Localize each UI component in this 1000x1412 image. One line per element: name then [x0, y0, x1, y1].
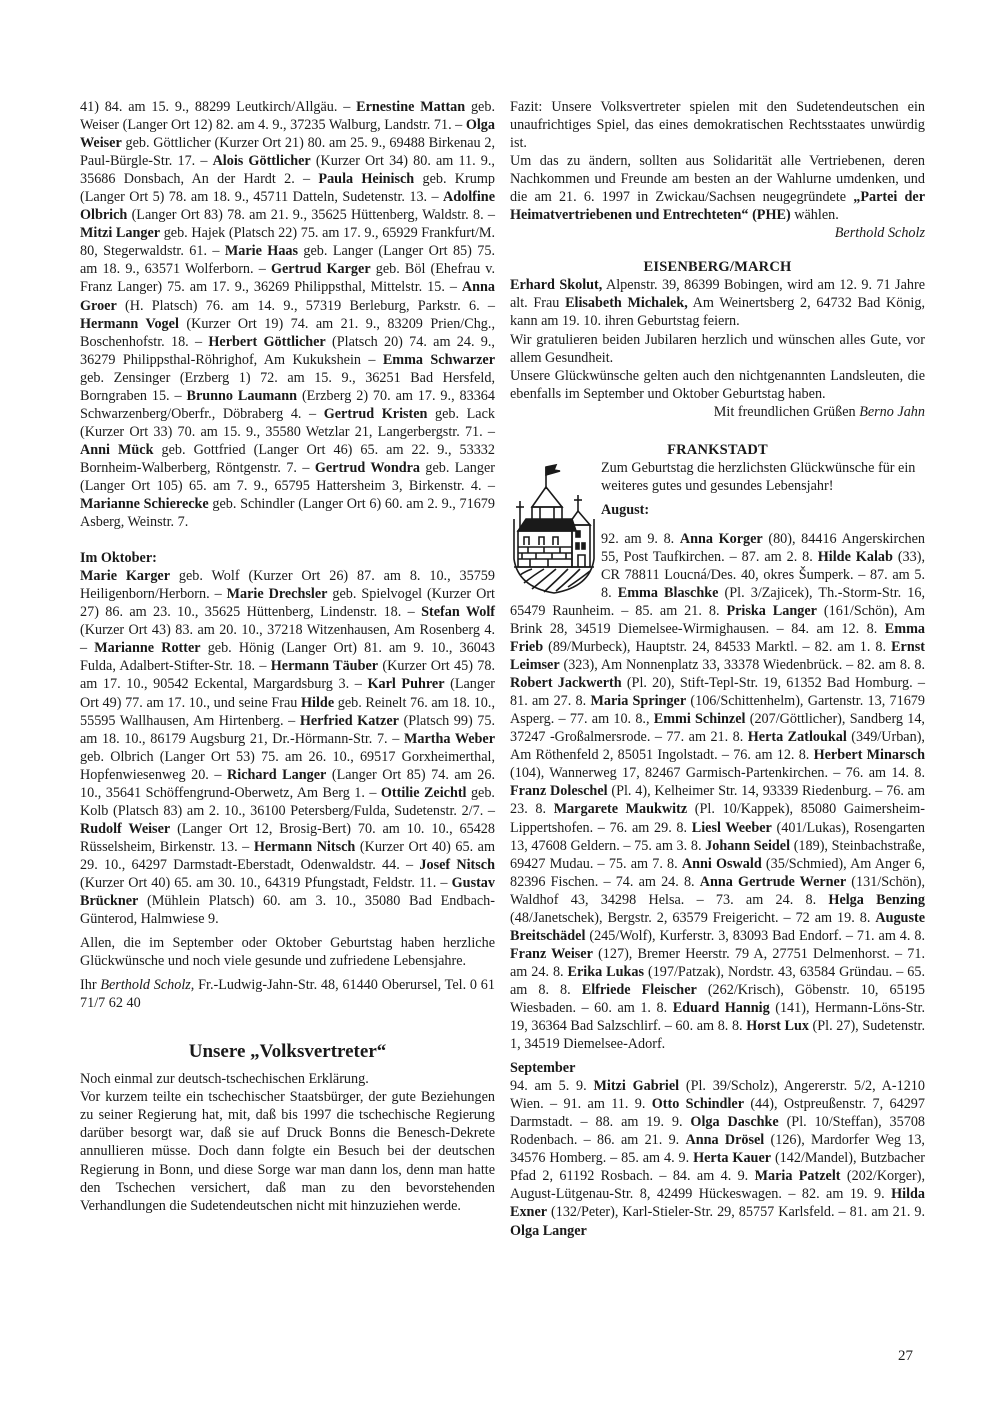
person-name: Horst Lux [746, 1018, 809, 1034]
person-name: Marianne Rotter [94, 640, 200, 656]
person-name: Maria Patzelt [755, 1168, 841, 1184]
person-name: Ernst Leimser [510, 639, 925, 673]
closing-greeting: Allen, die im September oder Oktober Geb… [80, 934, 495, 970]
eisenberg-entries: Erhard Skolut, Alpenstr. 39, 86399 Bobin… [510, 276, 925, 330]
person-name: Adolfine Olbrich [80, 189, 495, 223]
section-heading-eisenberg: EISENBERG/MARCH [510, 258, 925, 276]
person-name: Helga Benzing [828, 892, 925, 908]
person-name: Liesl Weeber [692, 820, 772, 836]
person-name: Mitzi Gabriel [594, 1078, 680, 1094]
person-name: Herta Zatloukal [748, 729, 847, 745]
person-name: Elfriede Fleischer [582, 982, 697, 998]
person-name: Richard Langer [227, 767, 326, 783]
person-name: Hilde [301, 695, 334, 711]
october-birthday-list: Marie Karger geb. Wolf (Kurzer Ort 26) 8… [80, 567, 495, 928]
person-name: Otto Schindler [652, 1096, 744, 1112]
person-name: Emma Blaschke [618, 585, 719, 601]
person-name: Marie Karger [80, 568, 170, 584]
person-name: Anni Oswald [682, 856, 762, 872]
person-name: Anna Gertrude Werner [700, 874, 846, 890]
signature-block: Ihr Berthold Scholz, Fr.-Ludwig-Jahn-Str… [80, 976, 495, 1012]
article-intro: Noch einmal zur deutsch-tschechischen Er… [80, 1070, 495, 1088]
person-name: Anna Groer [80, 279, 495, 313]
september-birthday-list: 94. am 5. 9. Mitzi Gabriel (Pl. 39/Schol… [510, 1077, 925, 1239]
article-author: Berthold Scholz [835, 225, 925, 241]
person-name: Olga Weiser [80, 117, 495, 151]
person-name: Josef Nitsch [419, 857, 495, 873]
person-name: Herta Kauer [693, 1150, 771, 1166]
person-name: Ernestine Mattan [356, 99, 465, 115]
person-name: Ottilie Zeichtl [381, 785, 467, 801]
signature-name: Berthold Scholz, [100, 977, 194, 993]
october-heading: Im Oktober: [80, 549, 495, 567]
person-name: Olga Langer [510, 1223, 587, 1239]
person-name: Auguste Breitschädel [510, 910, 925, 944]
eisenberg-signature: Berno Jahn [859, 404, 925, 420]
article-body: Vor kurzem teilte ein tschechischer Staa… [80, 1088, 495, 1214]
person-name: Gertrud Karger [271, 261, 371, 277]
person-name: Brunno Laumann [187, 388, 298, 404]
august-heading: August: [601, 501, 925, 519]
article-fazit: Fazit: Unsere Volksvertreter spielen mit… [510, 98, 925, 152]
right-column: Fazit: Unsere Volksvertreter spielen mit… [510, 98, 925, 1240]
person-name: Maria Springer [590, 693, 686, 709]
person-name: Anni Mück [80, 442, 153, 458]
person-name: Herbert Göttlicher [208, 334, 325, 350]
person-name: Marianne Schierecke [80, 496, 209, 512]
frankstadt-greeting: Zum Geburtstag die herzlichsten Glückwün… [601, 459, 925, 495]
person-name: Alois Göttlicher [213, 153, 311, 169]
person-name: Gertrud Wondra [315, 460, 420, 476]
august-birthday-list: 92. am 9. 8. Anna Korger (80), 84416 Ang… [510, 530, 925, 1053]
left-column: 41) 84. am 15. 9., 88299 Leutkirch/Allgä… [80, 98, 495, 1215]
person-name: Gertrud Kristen [324, 406, 428, 422]
eisenberg-also: Unsere Glückwünsche gelten auch den nich… [510, 367, 925, 403]
september-heading: September [510, 1059, 925, 1077]
person-name: Erhard Skolut, [510, 277, 602, 293]
person-name: Johann Seidel [705, 838, 790, 854]
person-name: Herbert Minarsch [814, 747, 925, 763]
person-name: Hermann Vogel [80, 316, 179, 332]
person-name: Robert Jackwerth [510, 675, 622, 691]
person-name: Mitzi Langer [80, 225, 160, 241]
article-call-to-action: Um das zu ändern, sollten aus Solidaritä… [510, 152, 925, 224]
section-heading-frankstadt: FRANKSTADT [510, 441, 925, 459]
person-name: Gustav Brückner [80, 875, 495, 909]
person-name: Marie Drechsler [227, 586, 328, 602]
castle-coat-of-arms-icon [510, 459, 598, 594]
person-name: Eduard Hannig [673, 1000, 770, 1016]
person-name: Franz Weiser [510, 946, 593, 962]
person-name: Emma Frieb [510, 621, 925, 655]
person-name: Hermann Nitsch [254, 839, 355, 855]
person-name: Karl Puhrer [367, 676, 444, 692]
person-name: Anna Korger [680, 531, 763, 547]
person-name: Elisabeth Michalek, [565, 295, 688, 311]
person-name: Priska Langer [726, 603, 817, 619]
person-name: Hilda Exner [510, 1186, 925, 1220]
person-name: Franz Doleschel [510, 783, 608, 799]
person-name: Paula Heinisch [318, 171, 414, 187]
person-name: Emma Schwarzer [383, 352, 495, 368]
person-name: Rudolf Weiser [80, 821, 170, 837]
person-name: Anna Drösel [685, 1132, 764, 1148]
person-name: Herfried Katzer [300, 713, 399, 729]
person-name: Emmi Schinzel [654, 711, 746, 727]
person-name: Olga Daschke [690, 1114, 778, 1130]
person-name: Margarete Maukwitz [554, 801, 687, 817]
person-name: Martha Weber [404, 731, 495, 747]
person-name: Stefan Wolf [421, 604, 495, 620]
person-name: Marie Haas [225, 243, 298, 259]
page-number: 27 [898, 1348, 913, 1365]
person-name: Erika Lukas [568, 964, 645, 980]
person-name: Hermann Täuber [271, 658, 378, 674]
september-birthday-list-continued: 41) 84. am 15. 9., 88299 Leutkirch/Allgä… [80, 98, 495, 531]
person-name: Hilde Kalab [818, 549, 893, 565]
eisenberg-congrats: Wir gratulieren beiden Jubilaren herzlic… [510, 331, 925, 367]
article-title: Unsere „Volksvertreter“ [80, 1040, 495, 1064]
